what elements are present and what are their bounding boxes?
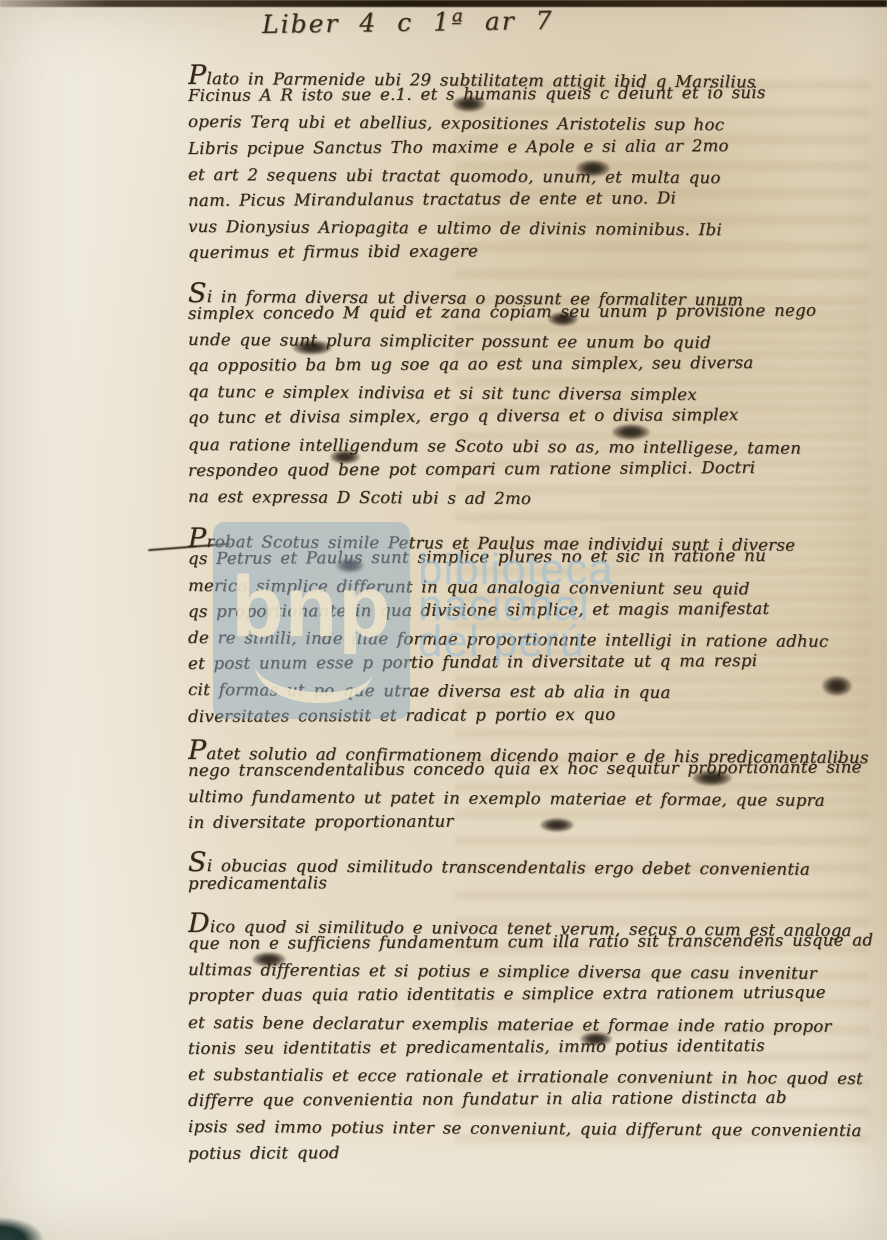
- manuscript-paragraph: Patet solutio ad confirmationem dicendo …: [188, 735, 880, 840]
- manuscript-paragraph: Dico quod si similitudo e univoca tenet …: [188, 908, 880, 1170]
- ink-blot: [548, 312, 578, 326]
- library-logo-watermark: bnp: [213, 522, 410, 719]
- ink-blot: [452, 96, 486, 112]
- manuscript-line: tionis seu identitatis et predicamentali…: [188, 1035, 880, 1065]
- ink-blot: [540, 818, 574, 832]
- manuscript-line: nam. Picus Mirandulanus tractatus de ent…: [188, 187, 880, 217]
- manuscript-line: querimus et firmus ibid exagere: [188, 240, 880, 270]
- manuscript-line: predicamentalis: [188, 870, 880, 900]
- manuscript-line: potius dicit quod: [188, 1140, 880, 1170]
- manuscript-line: que non e sufficiens fundamentum cum ill…: [188, 930, 880, 960]
- ink-blot: [822, 676, 852, 696]
- binding-edge-strip: [0, 0, 887, 7]
- manuscript-line: Ficinus A R isto sue e.1. et s humanis q…: [188, 83, 880, 113]
- ink-blot: [612, 424, 650, 440]
- ink-blot: [580, 1032, 612, 1046]
- library-name-watermark: biblioteca nacional del perú: [418, 552, 614, 660]
- ink-blot: [292, 340, 332, 355]
- manuscript-line: na est expressa D Scoti ubi s ad 2mo: [188, 487, 880, 517]
- watermark-line: del perú: [418, 624, 614, 660]
- manuscript-line: respondeo quod bene pot compari cum rati…: [188, 457, 880, 487]
- ink-blot: [252, 952, 286, 967]
- manuscript-line: qa oppositio ba bm ug soe qa ao est una …: [188, 352, 880, 382]
- ink-blot: [692, 770, 732, 786]
- manuscript-paragraph: Si in forma diversa ut diversa o possunt…: [188, 278, 880, 514]
- page-heading: Liber 4 c 1ª ar 7: [262, 6, 554, 39]
- manuscript-page: Liber 4 c 1ª ar 7 Plato in Parmenide ubi…: [0, 0, 887, 1240]
- manuscript-line: nego transcendentalibus concedo quia ex …: [188, 757, 880, 787]
- manuscript-paragraph: Plato in Parmenide ubi 29 subtilitatem a…: [188, 60, 880, 270]
- manuscript-line: in diversitate proportionantur: [188, 810, 880, 840]
- manuscript-line: propter duas quia ratio identitatis e si…: [188, 983, 880, 1013]
- manuscript-line: differre que convenientia non fundatur i…: [188, 1088, 880, 1118]
- manuscript-line: qo tunc et divisa simplex, ergo q divers…: [188, 405, 880, 435]
- manuscript-line: simplex concedo M quid et zana copiam se…: [188, 300, 880, 330]
- manuscript-paragraph: Si obucias quod similitudo transcendenta…: [188, 847, 880, 899]
- manuscript-line: Libris pcipue Sanctus Tho maxime e Apole…: [188, 135, 880, 165]
- ink-blot: [330, 450, 360, 464]
- page-corner-background: [0, 1216, 46, 1240]
- ink-blot: [576, 160, 610, 177]
